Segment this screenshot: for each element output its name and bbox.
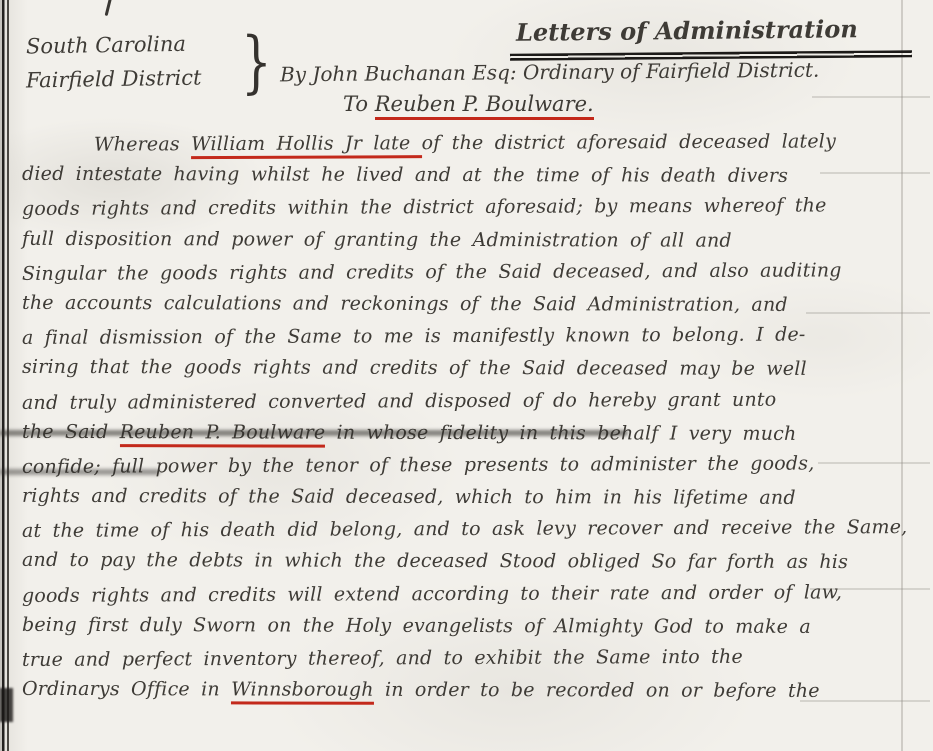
- scanned-document-page: South Carolina Fairfield District } Lett…: [0, 0, 933, 751]
- place-district: Fairfield District: [26, 60, 202, 97]
- line-text: true and perfect inventory thereof, and …: [22, 646, 743, 671]
- document-line: siring that the goods rights and credits…: [22, 351, 902, 385]
- red-underlined-name: William Hollis Jr late: [191, 132, 422, 159]
- document-line: goods rights and credits will extend acc…: [22, 576, 902, 612]
- issuer-line: By John Buchanan Esq: Ordinary of Fairfi…: [280, 58, 820, 87]
- line-text: died intestate having whilst he lived an…: [22, 163, 788, 187]
- stray-pen-mark: [105, 0, 113, 16]
- line-text: rights and credits of the Said deceased,…: [22, 485, 796, 509]
- place-state: South Carolina: [26, 26, 202, 63]
- document-line: rights and credits of the Said deceased,…: [22, 480, 902, 514]
- line-text: Ordinarys Office in: [22, 678, 231, 701]
- line-text: and truly administered converted and dis…: [22, 388, 776, 413]
- document-body: Whereas William Hollis Jr late of the di…: [22, 127, 902, 706]
- salutation-name: Reuben P. Boulware.: [375, 92, 594, 120]
- salutation-prefix: To: [343, 92, 375, 116]
- line-text: being first duly Sworn on the Holy evang…: [22, 614, 811, 638]
- document-line: goods rights and credits within the dist…: [22, 189, 902, 225]
- line-text: goods rights and credits within the dist…: [22, 195, 827, 221]
- page-title: Letters of Administration: [516, 14, 858, 47]
- ledger-rule-mark: [812, 96, 930, 98]
- line-text: siring that the goods rights and credits…: [22, 356, 807, 380]
- document-line: being first duly Sworn on the Holy evang…: [22, 609, 902, 643]
- ink-smudge-streak: [0, 430, 628, 436]
- book-binding-edge: [0, 0, 14, 751]
- line-text: and to pay the debts in which the deceas…: [22, 549, 848, 573]
- document-line: full disposition and power of granting t…: [22, 222, 902, 256]
- line-text: in order to be recorded on or before the: [374, 679, 820, 702]
- line-text: goods rights and credits will extend acc…: [22, 581, 842, 607]
- brace-glyph: }: [241, 24, 272, 102]
- document-line: true and perfect inventory thereof, and …: [22, 640, 902, 676]
- document-line: and truly administered converted and dis…: [22, 383, 902, 419]
- line-text: full disposition and power of granting t…: [22, 227, 732, 251]
- place-block: South Carolina Fairfield District: [26, 28, 201, 96]
- document-line: and to pay the debts in which the deceas…: [22, 544, 902, 578]
- document-line: died intestate having whilst he lived an…: [22, 158, 902, 192]
- title-block: Letters of Administration: [516, 16, 858, 45]
- line-text: at the time of his death did belong, and…: [22, 516, 907, 542]
- document-line: confide; full power by the tenor of thes…: [22, 447, 902, 483]
- document-line: Ordinarys Office in Winnsborough in orde…: [22, 673, 902, 707]
- document-line: the accounts calculations and reckonings…: [22, 287, 902, 321]
- line-text: Whereas: [94, 133, 191, 155]
- line-text: the accounts calculations and reckonings…: [22, 292, 788, 316]
- salutation-line: To Reuben P. Boulware.: [343, 92, 594, 116]
- red-underlined-name: Winnsborough: [231, 679, 374, 705]
- document-line: a final dismission of the Same to me is …: [22, 318, 902, 354]
- document-line: Singular the goods rights and credits of…: [22, 254, 902, 290]
- ink-smudge-streak: [0, 469, 160, 475]
- binding-ink-blot: [0, 688, 13, 722]
- line-text: of the district aforesaid deceased latel…: [422, 130, 836, 154]
- line-text: Singular the goods rights and credits of…: [22, 259, 842, 285]
- document-line: at the time of his death did belong, and…: [22, 511, 902, 547]
- document-line: Whereas William Hollis Jr late of the di…: [22, 125, 902, 161]
- line-text: a final dismission of the Same to me is …: [22, 324, 806, 349]
